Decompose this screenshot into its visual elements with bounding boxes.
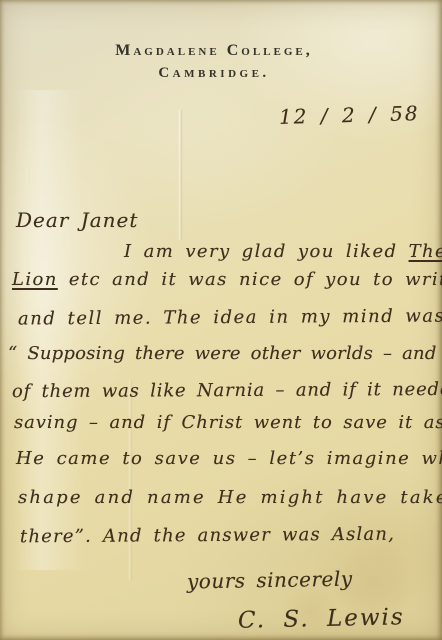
date: 12 / 2 / 58: [279, 102, 420, 129]
letterhead-city: Cambridge.: [0, 65, 435, 82]
body-line: there”. And the answer was Aslan,: [20, 525, 395, 548]
body-line: I am very glad you liked The: [124, 242, 442, 263]
body-line-text: I am very glad you liked: [124, 241, 409, 262]
salutation: Dear Janet: [16, 209, 138, 232]
underlined-title-word: The: [409, 241, 442, 262]
body-line: He came to save us – let’s imagine what: [16, 449, 442, 470]
signature: C. S. Lewis: [238, 604, 405, 634]
letterhead: Magdalene College, Cambridge.: [0, 42, 435, 82]
body-line: Lion etc and it was nice of you to write: [12, 270, 442, 291]
paper-crease: [128, 380, 133, 580]
letterhead-college: Magdalene College,: [0, 42, 435, 60]
paper-crease: [178, 110, 183, 240]
underlined-title-word: Lion: [12, 269, 58, 290]
body-line: “ Supposing there were other worlds – an…: [8, 344, 442, 365]
body-line: saving – and if Christ went to save it a…: [14, 413, 442, 434]
letter-scan: Magdalene College, Cambridge. 12 / 2 / 5…: [0, 0, 442, 640]
body-line: and tell me. The idea in my mind was,: [18, 306, 442, 330]
closing-line: yours sincerely: [187, 568, 353, 594]
body-line: of them was like Narnia – and if it need…: [12, 380, 442, 403]
body-line-text: etc and it was nice of you to write: [58, 269, 442, 290]
body-line: shape and name He might have taken: [18, 488, 442, 509]
